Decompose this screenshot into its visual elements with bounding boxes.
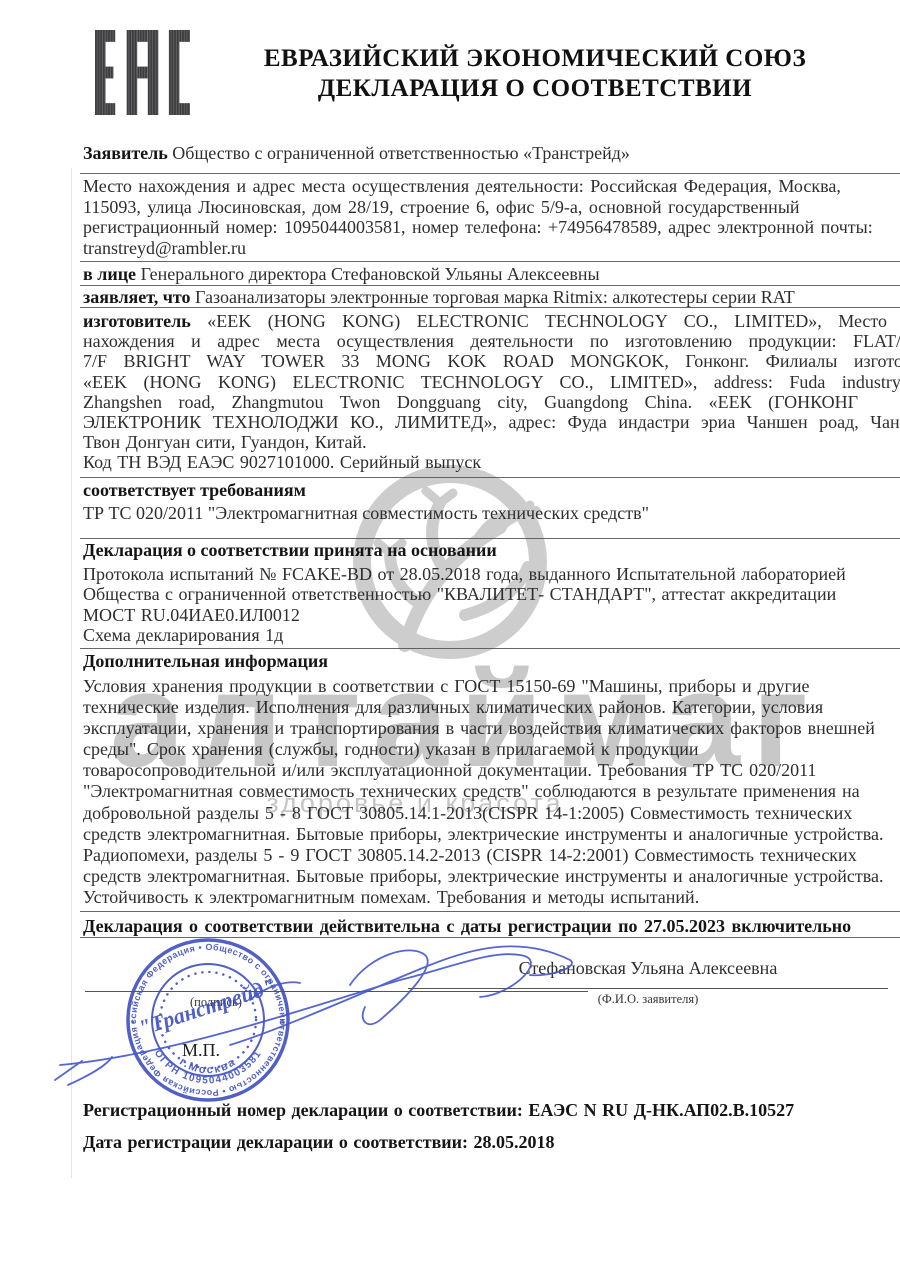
registration-number-value: ЕАЭС N RU Д-НК.АП02.В.10527 xyxy=(528,1100,794,1120)
registration-date-label: Дата регистрации декларации о соответств… xyxy=(83,1132,474,1152)
address-block: Место нахождения и адрес места осуществл… xyxy=(83,176,873,259)
handwritten-signature xyxy=(50,925,590,1090)
text-line: средств электромагнитная. Бытовые прибор… xyxy=(83,866,883,887)
basis-heading: Декларация о соответствии принята на осн… xyxy=(83,540,497,561)
text-line: Устойчивость к электромагнитным помехам.… xyxy=(83,887,883,908)
text-line: технические изделия. Исполнения для разл… xyxy=(83,697,883,718)
text-line: МОСТ RU.04ИАЕ0.ИЛ0012 xyxy=(83,605,846,625)
text-line: 115093, улица Люсиновская, дом 28/19, ст… xyxy=(83,197,873,218)
person-row: в лице Генерального директора Стефановск… xyxy=(83,264,600,285)
manufacturer-label: изготовитель xyxy=(83,311,191,331)
conforms-text: ТР ТС 020/2011 "Электромагнитная совмест… xyxy=(83,503,649,524)
text-line: Код ТН ВЭД ЕАЭС 9027101000. Серийный вып… xyxy=(83,452,900,472)
declares-label: заявляет, что xyxy=(83,287,191,307)
section-divider xyxy=(80,285,900,286)
text-line: Условия хранения продукции в соответстви… xyxy=(83,676,883,697)
text-line: Радиопомехи, разделы 5 - 9 ГОСТ 30805.14… xyxy=(83,845,883,866)
additional-heading: Дополнительная информация xyxy=(83,651,328,672)
person-value: Генерального директора Стефановской Улья… xyxy=(136,264,600,284)
applicant-value: Общество с ограниченной ответственностью… xyxy=(168,143,630,163)
text-line: средств электромагнитная. Бытовые прибор… xyxy=(83,824,883,845)
text-line: нахождения и адрес места осуществления д… xyxy=(83,331,900,351)
basis-block: Протокола испытаний № FCAKE-BD от 28.05.… xyxy=(83,564,846,645)
text-line: товаросопроводительной и/или эксплуатаци… xyxy=(83,760,883,781)
additional-block: Условия хранения продукции в соответстви… xyxy=(83,676,883,908)
text-line: добровольной разделы 5 - 8 ГОСТ 30805.14… xyxy=(83,803,883,824)
declares-row: заявляет, что Газоанализаторы электронны… xyxy=(83,287,795,308)
declares-value: Газоанализаторы электронные торговая мар… xyxy=(191,287,795,307)
text-line: 7/F BRIGHT WAY TOWER 33 MONG KOK ROAD MO… xyxy=(83,351,900,371)
eac-logo-icon xyxy=(95,30,190,115)
section-divider xyxy=(80,307,900,308)
applicant-label: Заявитель xyxy=(83,143,168,163)
section-divider xyxy=(80,648,900,649)
text-line: "Электромагнитная совместимость техничес… xyxy=(83,781,883,802)
manufacturer-block: изготовитель «EEK (HONG KONG) ELECTRONIC… xyxy=(83,311,900,473)
person-label: в лице xyxy=(83,264,136,284)
document-title: ЕВРАЗИЙСКИЙ ЭКОНОМИЧЕСКИЙ СОЮЗ ДЕКЛАРАЦИ… xyxy=(185,44,885,104)
section-divider xyxy=(80,538,900,539)
section-divider xyxy=(80,477,900,478)
text-line: Общества с ограниченной ответственностью… xyxy=(83,584,846,604)
text-line: Схема декларирования 1д xyxy=(83,625,846,645)
text-line: Протокола испытаний № FCAKE-BD от 28.05.… xyxy=(83,564,846,584)
text-line: transtreyd@rambler.ru xyxy=(83,238,873,259)
text-line: Твон Донгуан сити, Гуандон, Китай. xyxy=(83,432,900,452)
applicant-row: Заявитель Общество с ограниченной ответс… xyxy=(83,143,630,164)
conforms-heading: соответствует требованиям xyxy=(83,480,306,501)
manufacturer-first-rest: «EEK (HONG KONG) ELECTRONIC TECHNOLOGY C… xyxy=(191,311,887,331)
section-divider xyxy=(80,173,900,174)
section-divider xyxy=(80,261,900,262)
text-line: регистрационный номер: 1095044003581, но… xyxy=(83,217,873,238)
registration-date-row: Дата регистрации декларации о соответств… xyxy=(83,1132,555,1153)
registration-date-value: 28.05.2018 xyxy=(474,1132,555,1152)
declaration-document: { "logo": {"icon": "eac-certification-ma… xyxy=(0,0,900,1273)
text-line: ЭЛЕКТРОНИК ТЕХНОЛОДЖИ КО., ЛИМИТЕД», адр… xyxy=(83,412,900,432)
text-line: Место нахождения и адрес места осуществл… xyxy=(83,176,873,197)
title-line-2: ДЕКЛАРАЦИЯ О СООТВЕТСТВИИ xyxy=(185,74,885,104)
title-line-1: ЕВРАЗИЙСКИЙ ЭКОНОМИЧЕСКИЙ СОЮЗ xyxy=(185,44,885,74)
section-divider xyxy=(80,911,900,912)
text-line: Zhangshen road, Zhangmutou Twon Dongguan… xyxy=(83,392,900,412)
text-line: эксплуатации, хранения и транспортирован… xyxy=(83,718,883,739)
text-line: «EEK (HONG KONG) ELECTRONIC TECHNOLOGY C… xyxy=(83,372,900,392)
manufacturer-first-line: изготовитель «EEK (HONG KONG) ELECTRONIC… xyxy=(83,311,900,331)
text-line: среды". Срок хранения (службы, годности)… xyxy=(83,739,883,760)
